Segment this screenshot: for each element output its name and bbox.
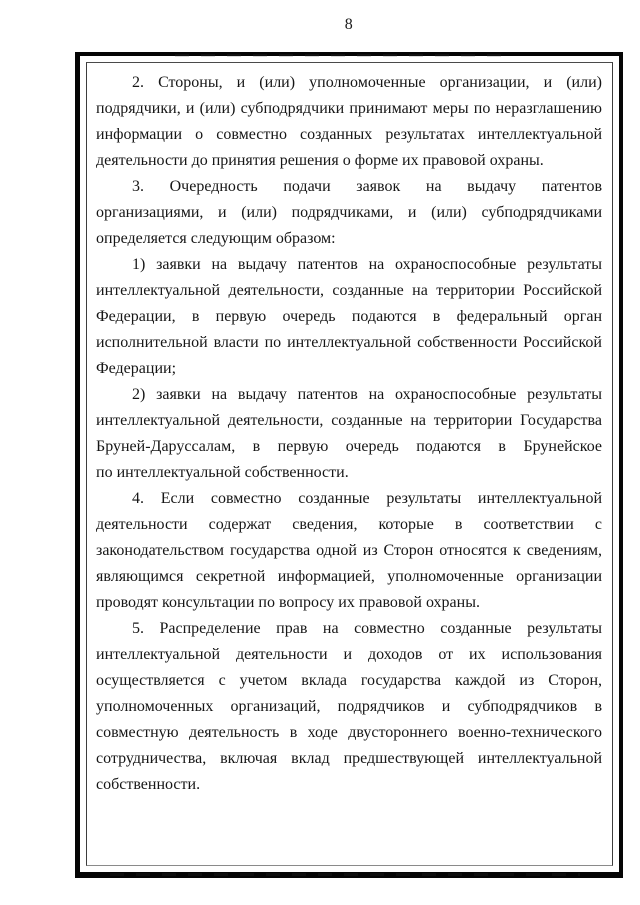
text-line: информации о совместно созданных результ… bbox=[96, 122, 602, 148]
text-line: по интеллектуальной собственности. bbox=[96, 460, 602, 486]
text-line: исполнительной власти по интеллектуально… bbox=[96, 330, 602, 356]
text-line: Бруней-Даруссалам, в первую очередь пода… bbox=[96, 434, 602, 460]
text-line: совместную деятельность в ходе двусторон… bbox=[96, 720, 602, 746]
text-line: подрядчики, и (или) субподрядчики приним… bbox=[96, 96, 602, 122]
text-line: собственности. bbox=[96, 772, 602, 798]
document-body: 2. Стороны, и (или) уполномоченные орган… bbox=[87, 63, 612, 865]
paragraph-clause-4: 4. Если совместно созданные результаты и… bbox=[96, 486, 602, 616]
text-line: интеллектуальной деятельности, созданные… bbox=[96, 278, 602, 304]
page-number: 8 bbox=[75, 16, 623, 34]
scan-artifact bbox=[110, 873, 580, 876]
text-line: 1) заявки на выдачу патентов на охраносп… bbox=[96, 252, 602, 278]
paragraph-clause-3-item-2: 2) заявки на выдачу патентов на охраносп… bbox=[96, 382, 602, 486]
inner-border-rule: 2. Стороны, и (или) уполномоченные орган… bbox=[86, 62, 613, 866]
text-line: являющимся секретной информацией, уполно… bbox=[96, 564, 602, 590]
text-line: Федерации, в первую очередь подаются в ф… bbox=[96, 304, 602, 330]
text-line: деятельности до принятия решения о форме… bbox=[96, 148, 602, 174]
paragraph-clause-5: 5. Распределение прав на совместно созда… bbox=[96, 616, 602, 798]
text-line: 3. Очередность подачи заявок на выдачу п… bbox=[96, 174, 602, 200]
paragraph-clause-3-item-1: 1) заявки на выдачу патентов на охраносп… bbox=[96, 252, 602, 382]
scanned-document-page: 8 2. Стороны, и (или) уполномоченные орг… bbox=[0, 0, 640, 905]
text-line: уполномоченных организаций, подрядчиков … bbox=[96, 694, 602, 720]
scan-artifact bbox=[175, 54, 505, 57]
paragraph-clause-3: 3. Очередность подачи заявок на выдачу п… bbox=[96, 174, 602, 252]
text-line: 5. Распределение прав на совместно созда… bbox=[96, 616, 602, 642]
text-line: 2. Стороны, и (или) уполномоченные орган… bbox=[96, 70, 602, 96]
text-line: 4. Если совместно созданные результаты и… bbox=[96, 486, 602, 512]
text-line: Федерации; bbox=[96, 356, 602, 382]
text-line: определяется следующим образом: bbox=[96, 226, 602, 252]
document-frame: 2. Стороны, и (или) уполномоченные орган… bbox=[75, 52, 623, 878]
text-line: проводят консультации по вопросу их прав… bbox=[96, 590, 602, 616]
text-line: интеллектуальной деятельности и доходов … bbox=[96, 642, 602, 668]
text-line: интеллектуальной деятельности, созданные… bbox=[96, 408, 602, 434]
paragraph-clause-2: 2. Стороны, и (или) уполномоченные орган… bbox=[96, 70, 602, 174]
text-line: сотрудничества, включая вклад предшеству… bbox=[96, 746, 602, 772]
text-line: деятельности содержат сведения, которые … bbox=[96, 512, 602, 538]
text-line: законодательством государства одной из С… bbox=[96, 538, 602, 564]
text-line: осуществляется с учетом вклада государст… bbox=[96, 668, 602, 694]
text-line: 2) заявки на выдачу патентов на охраносп… bbox=[96, 382, 602, 408]
text-line: организациями, и (или) подрядчиками, и (… bbox=[96, 200, 602, 226]
